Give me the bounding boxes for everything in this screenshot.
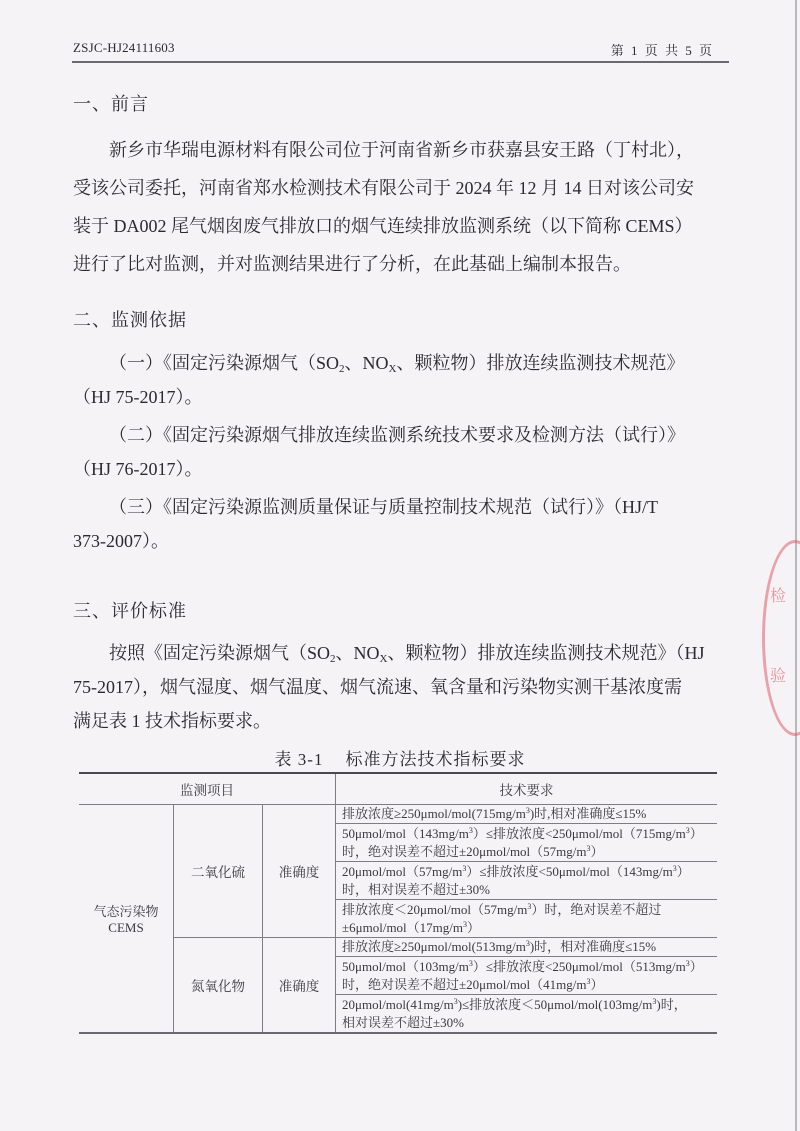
spec-table: 监测项目 技术要求 气态污染物 CEMS 二氧化硫 准确度 排放浓度≥250μm…	[79, 772, 717, 1034]
basis-list: （一）《固定污染源烟气（SO2、NOX、颗粒物）排放连续监测技术规范》 （HJ …	[73, 346, 733, 558]
requirement-cell: 20μmol/mol(41mg/m3)≤排放浓度＜50μmol/mol(103m…	[336, 995, 718, 1034]
basis-item-2-code: （HJ 76-2017）。	[73, 452, 733, 486]
pollutant-cell: 二氧化硫	[174, 805, 263, 938]
paragraph-line: 受该公司委托，河南省郑水检测技术有限公司于 2024 年 12 月 14 日对该…	[73, 169, 733, 207]
table-row: 气态污染物 CEMS 二氧化硫 准确度 排放浓度≥250μmol/mol(715…	[79, 805, 717, 824]
category-cell: 气态污染物 CEMS	[79, 805, 174, 1034]
basis-item-1: （一）《固定污染源烟气（SO2、NOX、颗粒物）排放连续监测技术规范》	[73, 346, 733, 380]
table-header-row: 监测项目 技术要求	[79, 773, 717, 805]
paragraph-line: 75-2017），烟气湿度、烟气温度、烟气流速、氧含量和污染物实测干基浓度需	[73, 670, 733, 704]
paragraph-line: 满足表 1 技术指标要求。	[73, 704, 733, 738]
requirement-cell: 排放浓度≥250μmol/mol(513mg/m3)时，相对准确度≤15%	[336, 938, 718, 957]
requirement-cell: 排放浓度＜20μmol/mol（57mg/m3）时，绝对误差不超过±6μmol/…	[336, 900, 718, 938]
header-divider	[72, 61, 729, 63]
table-row: 氮氧化物 准确度 排放浓度≥250μmol/mol(513mg/m3)时，相对准…	[79, 938, 717, 957]
requirement-cell: 20μmol/mol（57mg/m3）≤排放浓度<50μmol/mol（143m…	[336, 862, 718, 900]
document-number: ZSJC-HJ24111603	[73, 40, 175, 56]
requirement-cell: 50μmol/mol（143mg/m3）≤排放浓度<250μmol/mol（71…	[336, 824, 718, 862]
paragraph-line: 按照《固定污染源烟气（SO2、NOX、颗粒物）排放连续监测技术规范》（HJ	[73, 636, 733, 670]
page-indicator: 第 1 页 共 5 页	[611, 40, 714, 59]
basis-item-3: （三）《固定污染源监测质量保证与质量控制技术规范（试行）》（HJ/T	[73, 490, 733, 524]
preface-paragraph: 新乡市华瑞电源材料有限公司位于河南省新乡市获嘉县安王路（丁村北）， 受该公司委托…	[73, 131, 733, 283]
header-item: 监测项目	[79, 773, 336, 805]
metric-cell: 准确度	[263, 938, 336, 1034]
metric-cell: 准确度	[263, 805, 336, 938]
requirement-cell: 50μmol/mol（103mg/m3）≤排放浓度<250μmol/mol（51…	[336, 957, 718, 995]
basis-item-1-code: （HJ 75-2017）。	[73, 380, 733, 414]
official-seal: 检 验	[762, 540, 800, 736]
header-requirement: 技术要求	[336, 773, 718, 805]
basis-item-3-code: 373-2007）。	[73, 524, 733, 558]
paragraph-line: 装于 DA002 尾气烟囱废气排放口的烟气连续排放监测系统（以下简称 CEMS）	[73, 207, 733, 245]
paragraph-line: 新乡市华瑞电源材料有限公司位于河南省新乡市获嘉县安王路（丁村北），	[73, 131, 733, 169]
pollutant-cell: 氮氧化物	[174, 938, 263, 1034]
table-title: 标准方法技术指标要求	[345, 750, 525, 769]
paragraph-line: 进行了比对监测，并对监测结果进行了分析，在此基础上编制本报告。	[73, 245, 733, 283]
requirement-cell: 排放浓度≥250μmol/mol(715mg/m3)时,相对准确度≤15%	[336, 805, 718, 824]
table-caption: 表 3-1标准方法技术指标要求	[0, 745, 800, 770]
table-number: 表 3-1	[275, 750, 324, 769]
section-heading-standard: 三、评价标准	[73, 597, 187, 623]
section-heading-basis: 二、监测依据	[73, 306, 187, 332]
section-heading-preface: 一、前言	[73, 90, 149, 116]
basis-item-2: （二）《固定污染源烟气排放连续监测系统技术要求及检测方法（试行）》	[73, 418, 733, 452]
standard-paragraph: 按照《固定污染源烟气（SO2、NOX、颗粒物）排放连续监测技术规范》（HJ 75…	[73, 636, 733, 738]
